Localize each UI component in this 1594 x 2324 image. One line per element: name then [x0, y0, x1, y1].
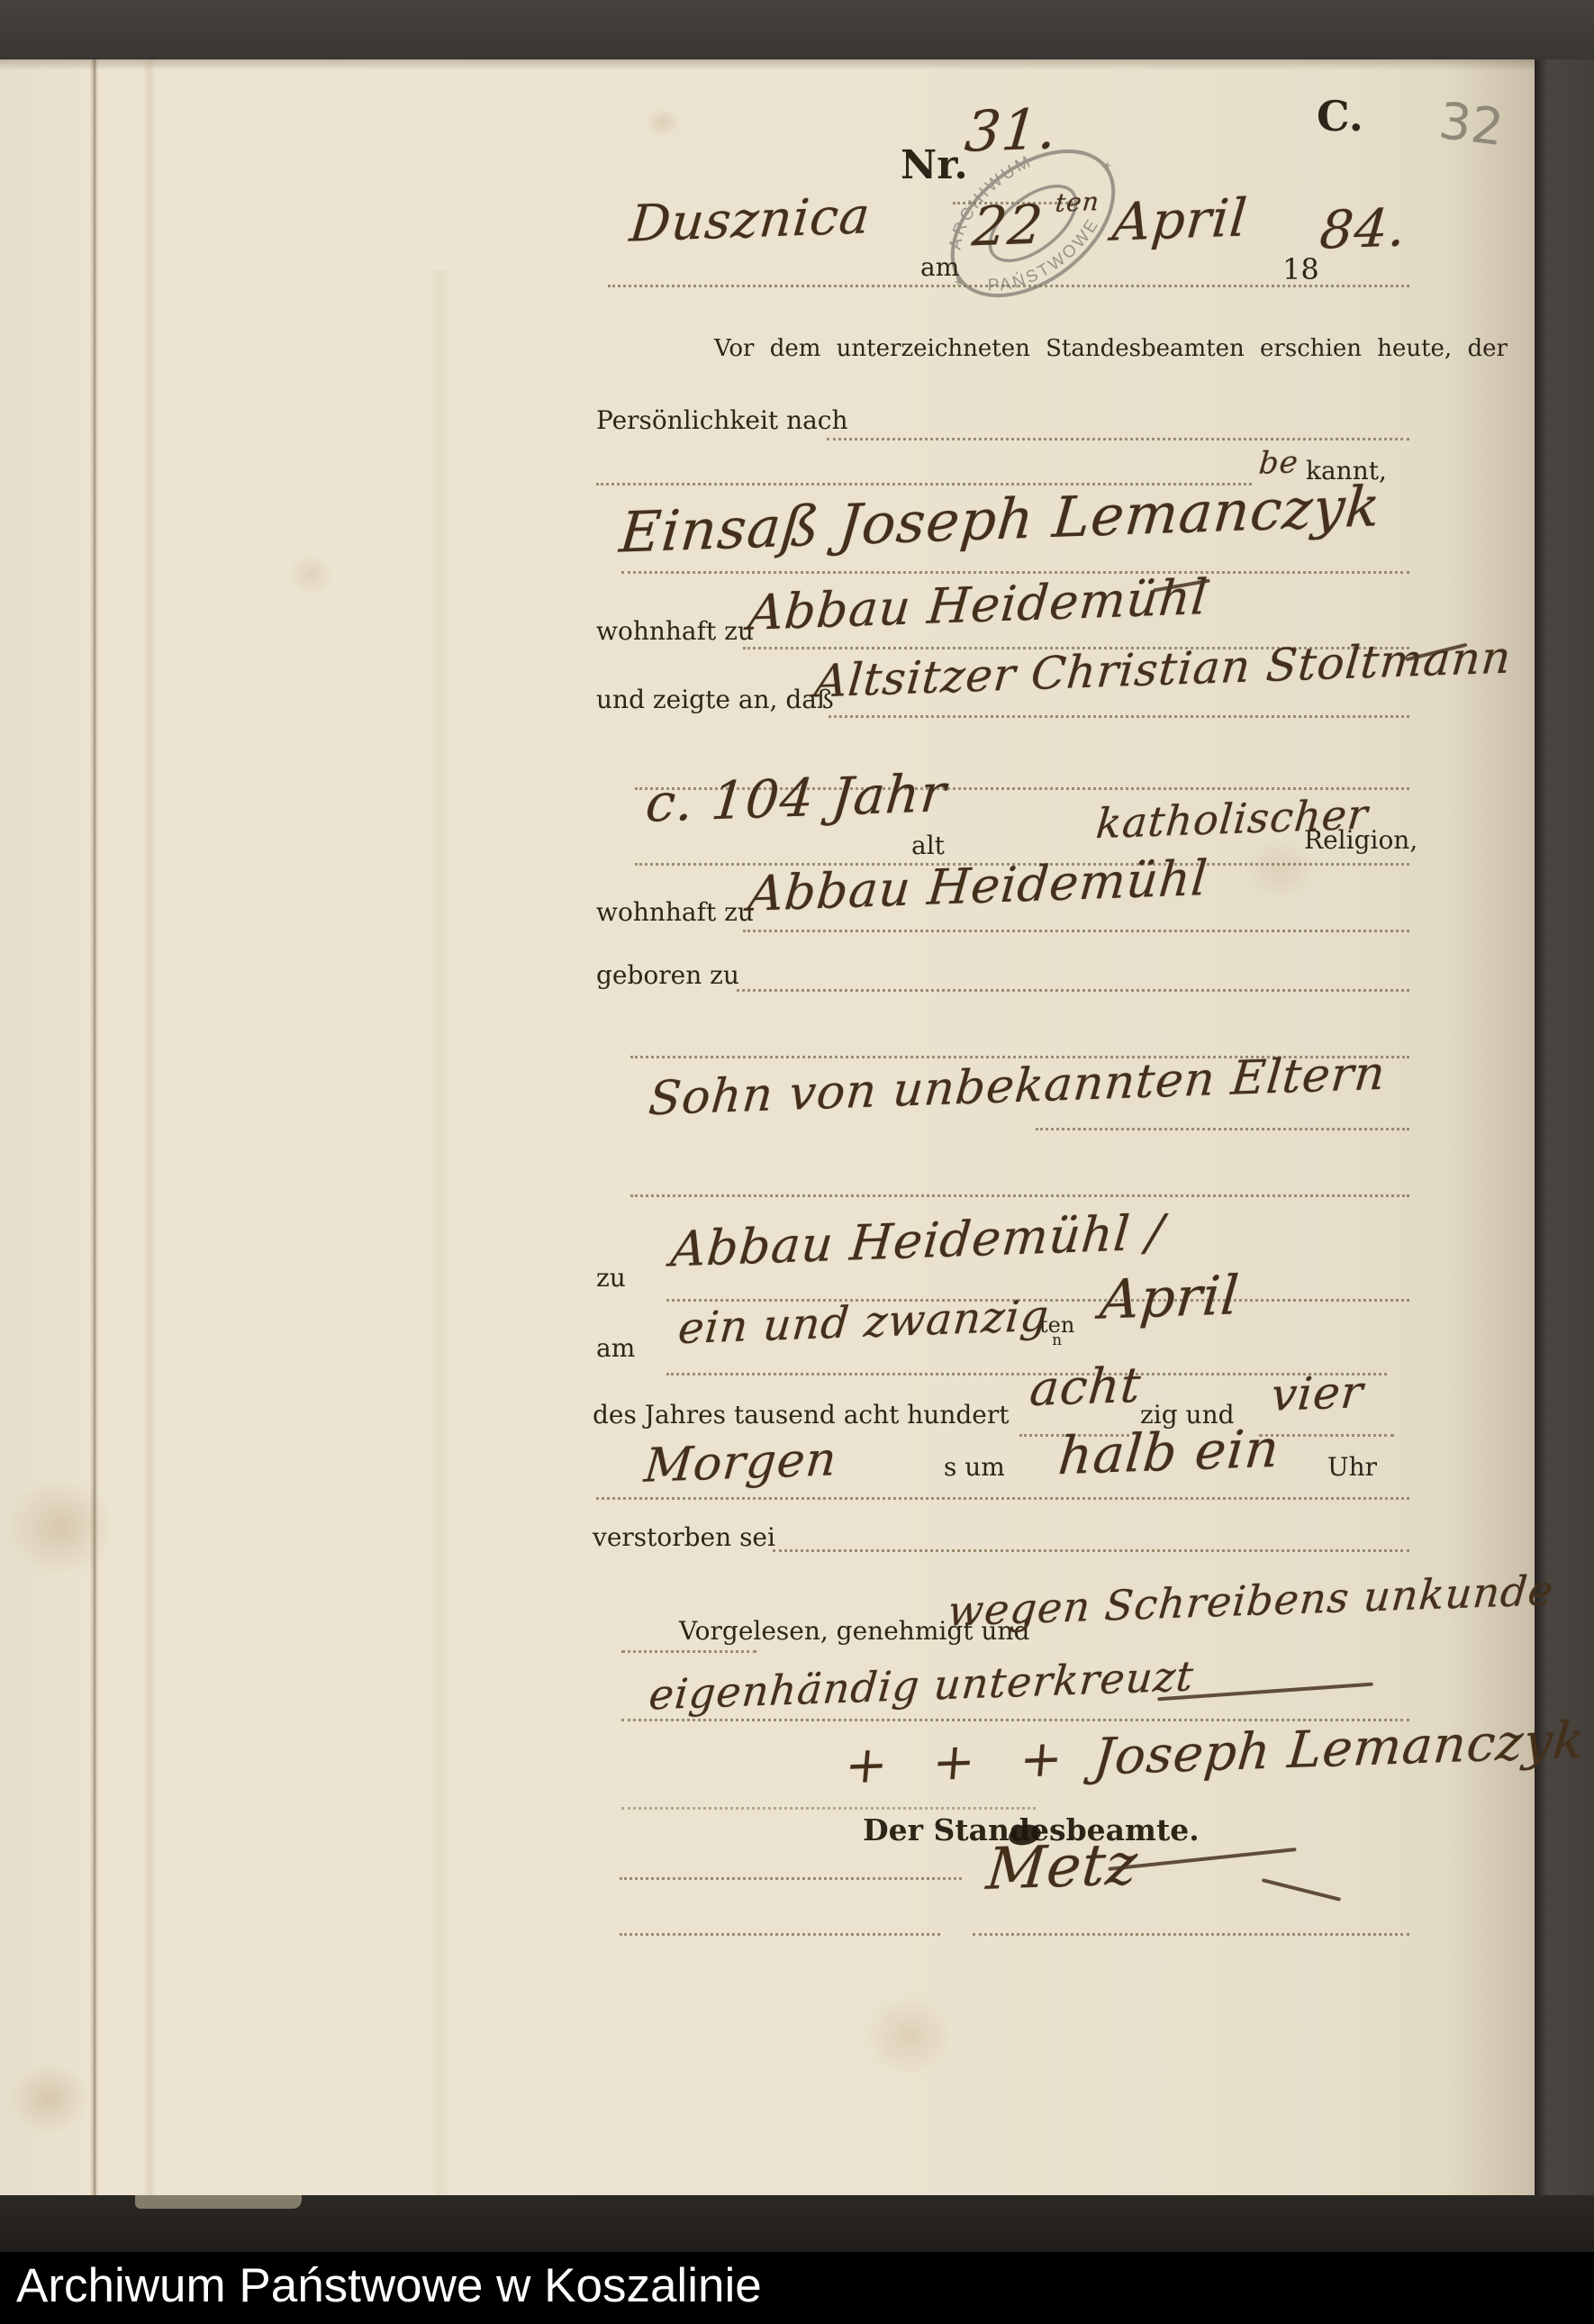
time-value: halb ein: [1056, 1418, 1282, 1486]
rule-line: [621, 571, 1409, 574]
death-month: April: [1098, 1264, 1243, 1331]
date-day-suffix: ten: [1054, 186, 1100, 218]
rule-line: [596, 1497, 1409, 1500]
des-jahres-label: des Jahres tausend acht hundert: [593, 1400, 1010, 1430]
scan-background-right: [1535, 59, 1594, 2195]
intro-line: Vor dem unterzeichneten Standesbeamten e…: [714, 335, 1508, 362]
stain: [7, 1477, 115, 1576]
death-year-ones: vier: [1269, 1366, 1365, 1421]
wohnhaft-zu-label-2: wohnhaft zu: [596, 897, 754, 927]
rule-line: [630, 1194, 1409, 1197]
page-top-shadow: [0, 59, 1535, 70]
persoenlichkeit-label: Persönlichkeit nach: [596, 405, 848, 435]
verstorben-sei-label: verstorben sei: [593, 1522, 775, 1552]
day-suffix-printed: ten n: [1039, 1317, 1074, 1347]
document-scan: Nr. 31. C. 32 ARCHIWUM PAŃSTWOWE ✶ ✶ Dus…: [0, 0, 1594, 2324]
declarant-crosses: + + +: [843, 1729, 1080, 1795]
form-letter: C.: [1317, 92, 1363, 141]
fold-crease: [142, 59, 157, 2195]
page-curl-shadow: [1448, 59, 1535, 2195]
wohnhaft-zu-label: wohnhaft zu: [596, 616, 754, 646]
alt-label: alt: [911, 831, 945, 860]
stain: [9, 2063, 90, 2135]
rule-line: [827, 438, 1409, 440]
geboren-zu-label: geboren zu: [596, 960, 739, 990]
rule-line: [973, 1933, 1409, 1936]
und-zeigte-label: und zeigte an, daß: [596, 685, 834, 714]
rule-line: [737, 989, 1409, 992]
rule-line: [608, 285, 1409, 287]
rule-line: [620, 1933, 940, 1936]
date-month: April: [1110, 186, 1250, 252]
stain: [647, 108, 679, 137]
page-corner-edge: [135, 2195, 302, 2209]
rule-line: [621, 1807, 1036, 1810]
am-label: am: [920, 252, 959, 282]
date-day: 22: [970, 194, 1046, 259]
rule-line: [773, 1549, 1409, 1552]
year-written: 84.: [1318, 196, 1409, 260]
rule-line: [743, 930, 1409, 932]
rule-line: [1036, 1128, 1409, 1130]
deceased-age: c. 104 Jahr: [643, 762, 949, 834]
soft-fold: [430, 270, 450, 2195]
rule-line: [621, 1650, 756, 1653]
registry-place: Dusznica: [628, 186, 874, 253]
religion-label: Religion,: [1304, 825, 1417, 855]
scan-background-top: [0, 0, 1594, 59]
archive-caption-bar: Archiwum Państwowe w Koszalinie: [0, 2252, 1594, 2324]
uhr-label: Uhr: [1327, 1452, 1377, 1482]
stain: [288, 554, 333, 595]
time-of-day: Morgen: [642, 1432, 839, 1493]
s-um-label: s um: [944, 1452, 1005, 1482]
pencil-page-number: 32: [1436, 92, 1507, 158]
rule-line: [829, 715, 1409, 718]
rule-line: [620, 1877, 962, 1880]
zu-label: zu: [596, 1263, 626, 1293]
am-label-2: am: [596, 1333, 635, 1363]
archive-caption-text: Archiwum Państwowe w Koszalinie: [16, 2252, 1594, 2320]
stain: [865, 1995, 955, 2076]
binding-crease: [90, 59, 99, 2195]
year-printed: 18: [1282, 252, 1319, 286]
death-year-tens: acht: [1028, 1357, 1144, 1417]
